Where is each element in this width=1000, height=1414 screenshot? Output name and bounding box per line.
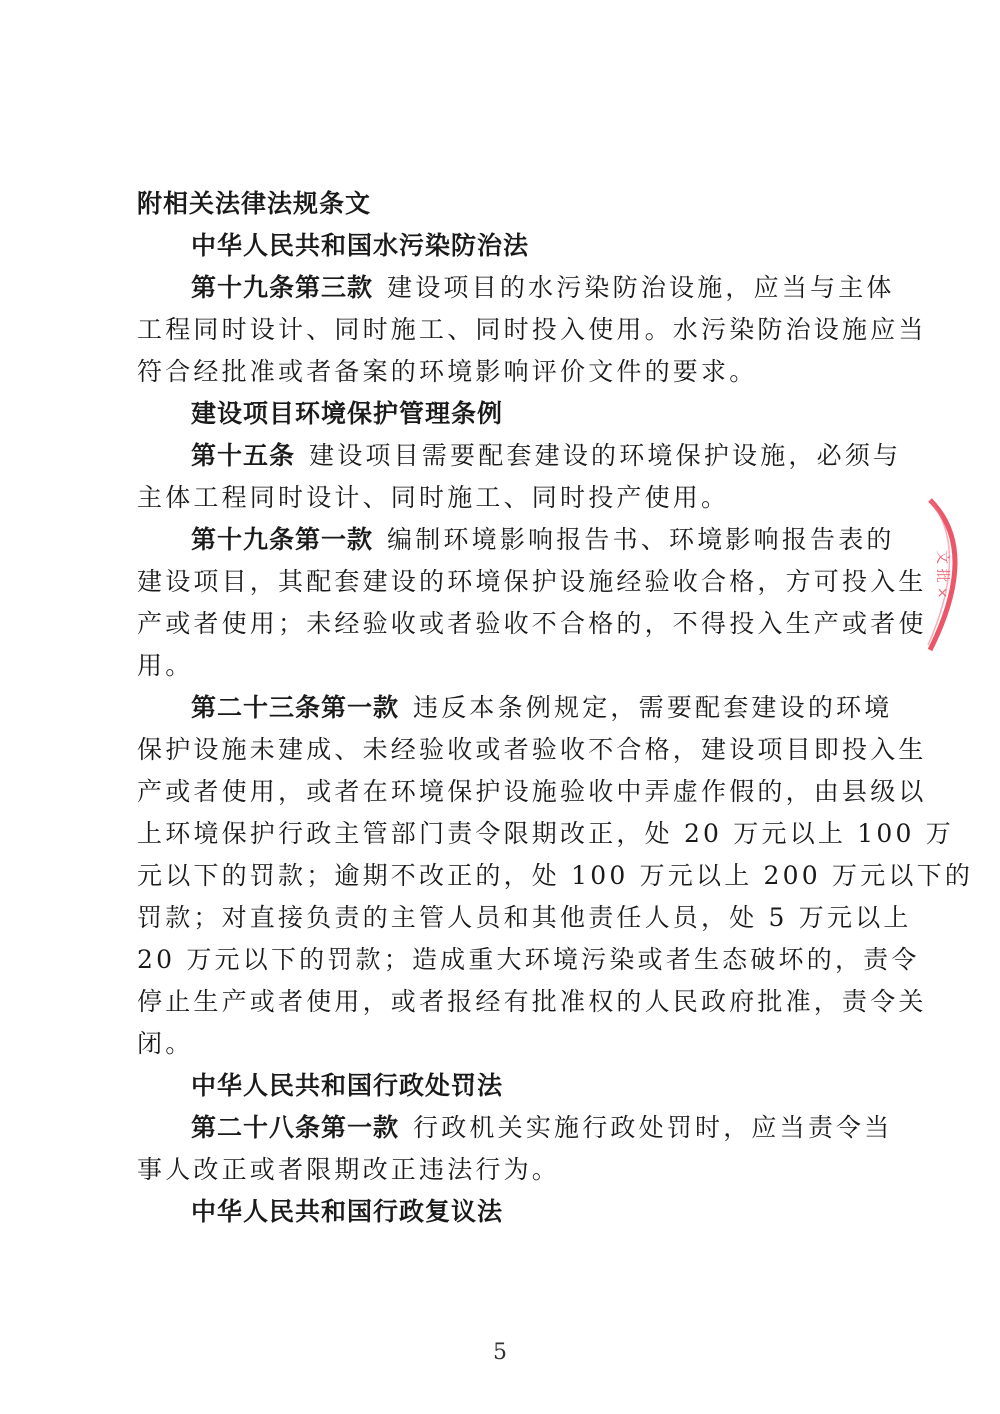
page-number: 5 xyxy=(0,1340,1000,1365)
article-line: 上环境保护行政主管部门责令限期改正，处 20 万元以上 100 万 xyxy=(137,813,879,855)
article-label: 第十九条第一款 xyxy=(191,525,373,554)
article-line: 事人改正或者限期改正违法行为。 xyxy=(137,1149,879,1191)
article-line: 第十五条建设项目需要配套建设的环境保护设施，必须与 xyxy=(137,435,879,477)
law-heading-water-pollution: 中华人民共和国水污染防治法 xyxy=(137,225,879,267)
law-heading-administrative-review: 中华人民共和国行政复议法 xyxy=(137,1191,879,1233)
article-line: 元以下的罚款；逾期不改正的，处 100 万元以上 200 万元以下的 xyxy=(137,855,879,897)
article-line: 主体工程同时设计、同时施工、同时投产使用。 xyxy=(137,477,879,519)
article-line: 符合经批准或者备案的环境影响评价文件的要求。 xyxy=(137,351,879,393)
article-line: 第十九条第三款建设项目的水污染防治设施，应当与主体 xyxy=(137,267,879,309)
article-line: 用。 xyxy=(137,645,879,687)
article-line: 建设项目，其配套建设的环境保护设施经验收合格，方可投入生 xyxy=(137,561,879,603)
article-line: 罚款；对直接负责的主管人员和其他责任人员，处 5 万元以上 xyxy=(137,897,879,939)
article-line: 保护设施未建成、未经验收或者验收不合格，建设项目即投入生 xyxy=(137,729,879,771)
law-heading-construction-regulation: 建设项目环境保护管理条例 xyxy=(137,393,879,435)
article-line: 产或者使用，或者在环境保护设施验收中弄虚作假的，由县级以 xyxy=(137,771,879,813)
article-line: 20 万元以下的罚款；造成重大环境污染或者生态破坏的，责令 xyxy=(137,939,879,981)
article-line: 产或者使用；未经验收或者验收不合格的，不得投入生产或者使 xyxy=(137,603,879,645)
law-heading-administrative-penalty: 中华人民共和国行政处罚法 xyxy=(137,1065,879,1107)
document-page: 附相关法律法规条文 中华人民共和国水污染防治法 第十九条第三款建设项目的水污染防… xyxy=(0,0,1000,1414)
svg-text:文 批 ×: 文 批 × xyxy=(934,550,951,599)
document-body: 附相关法律法规条文 中华人民共和国水污染防治法 第十九条第三款建设项目的水污染防… xyxy=(137,183,879,1233)
article-label: 第二十三条第一款 xyxy=(191,693,399,722)
article-line: 第二十三条第一款违反本条例规定，需要配套建设的环境 xyxy=(137,687,879,729)
article-line: 第十九条第一款编制环境影响报告书、环境影响报告表的 xyxy=(137,519,879,561)
article-label: 第十五条 xyxy=(191,441,295,470)
article-label: 第十九条第三款 xyxy=(191,273,373,302)
article-line: 闭。 xyxy=(137,1023,879,1065)
article-line: 第二十八条第一款行政机关实施行政处罚时，应当责令当 xyxy=(137,1107,879,1149)
official-seal-icon: 文 批 × xyxy=(900,490,1000,660)
article-line: 停止生产或者使用，或者报经有批准权的人民政府批准，责令关 xyxy=(137,981,879,1023)
article-label: 第二十八条第一款 xyxy=(191,1113,399,1142)
article-line: 工程同时设计、同时施工、同时投入使用。水污染防治设施应当 xyxy=(137,309,879,351)
appendix-title: 附相关法律法规条文 xyxy=(137,183,879,225)
